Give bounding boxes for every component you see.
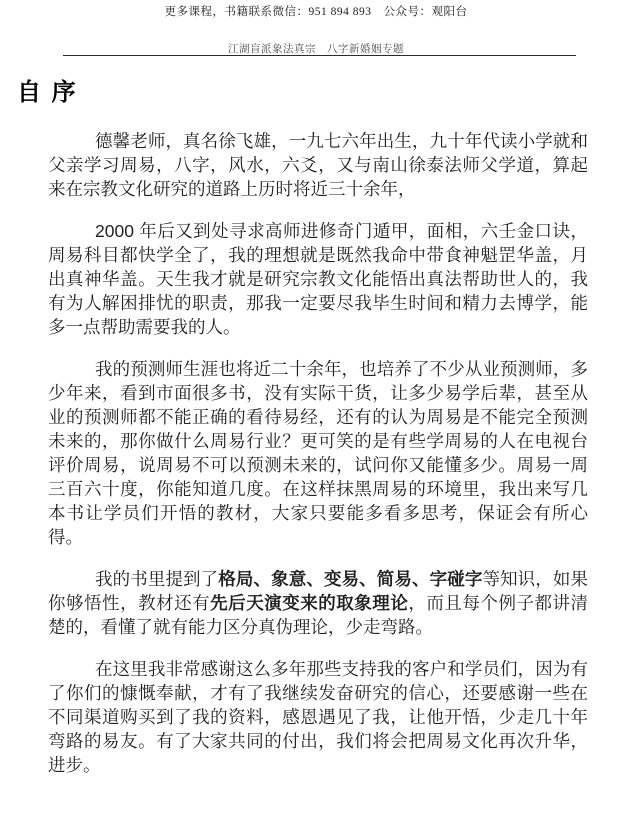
page-title: 自 序 [17,78,632,108]
paragraph: 我的预测师生涯也将近二十余年，也培养了不少从业预测师，多少年来，看到市面很多书，… [48,357,588,549]
header-contact-line: 更多课程，书籍联系微信：951 894 893 公众号：观阳台 [0,5,632,19]
paragraph: 德馨老师，真名徐飞雄，一九七六年出生，九十年代读小学就和父亲学习周易，八字，风水… [48,129,588,201]
document-page: 更多课程，书籍联系微信：951 894 893 公众号：观阳台 江湖盲派象法真宗… [0,0,632,826]
text-run: 我的书里提到了 [95,569,218,589]
text-run: 2000 年后又到处寻求高师进修奇门遁甲，面相，六壬金口诀，周易科目都快学全了，… [48,221,588,337]
paragraph: 2000 年后又到处寻求高师进修奇门遁甲，面相，六壬金口诀，周易科目都快学全了，… [48,219,588,339]
body-paragraphs: 德馨老师，真名徐飞雄，一九七六年出生，九十年代读小学就和父亲学习周易，八字，风水… [0,129,632,777]
paragraph: 我的书里提到了格局、象意、变易、简易、字碰字等知识，如果你够悟性，教材还有先后天… [48,567,588,639]
text-run: 德馨老师，真名徐飞雄，一九七六年出生，九十年代读小学就和父亲学习周易，八字，风水… [48,131,588,199]
paragraph: 在这里我非常感谢这么多年那些支持我的客户和学员们，因为有了你们的慷慨奉献，才有了… [48,657,588,777]
bold-text-run: 格局、象意、变易、简易、字碰字 [218,569,482,589]
bold-text-run: 先后天演变来的取象理论 [210,593,408,613]
text-run: 我的预测师生涯也将近二十余年，也培养了不少从业预测师，多少年来，看到市面很多书，… [48,359,588,547]
header-rule [63,55,576,56]
text-run: 在这里我非常感谢这么多年那些支持我的客户和学员们，因为有了你们的慷慨奉献，才有了… [48,659,588,775]
